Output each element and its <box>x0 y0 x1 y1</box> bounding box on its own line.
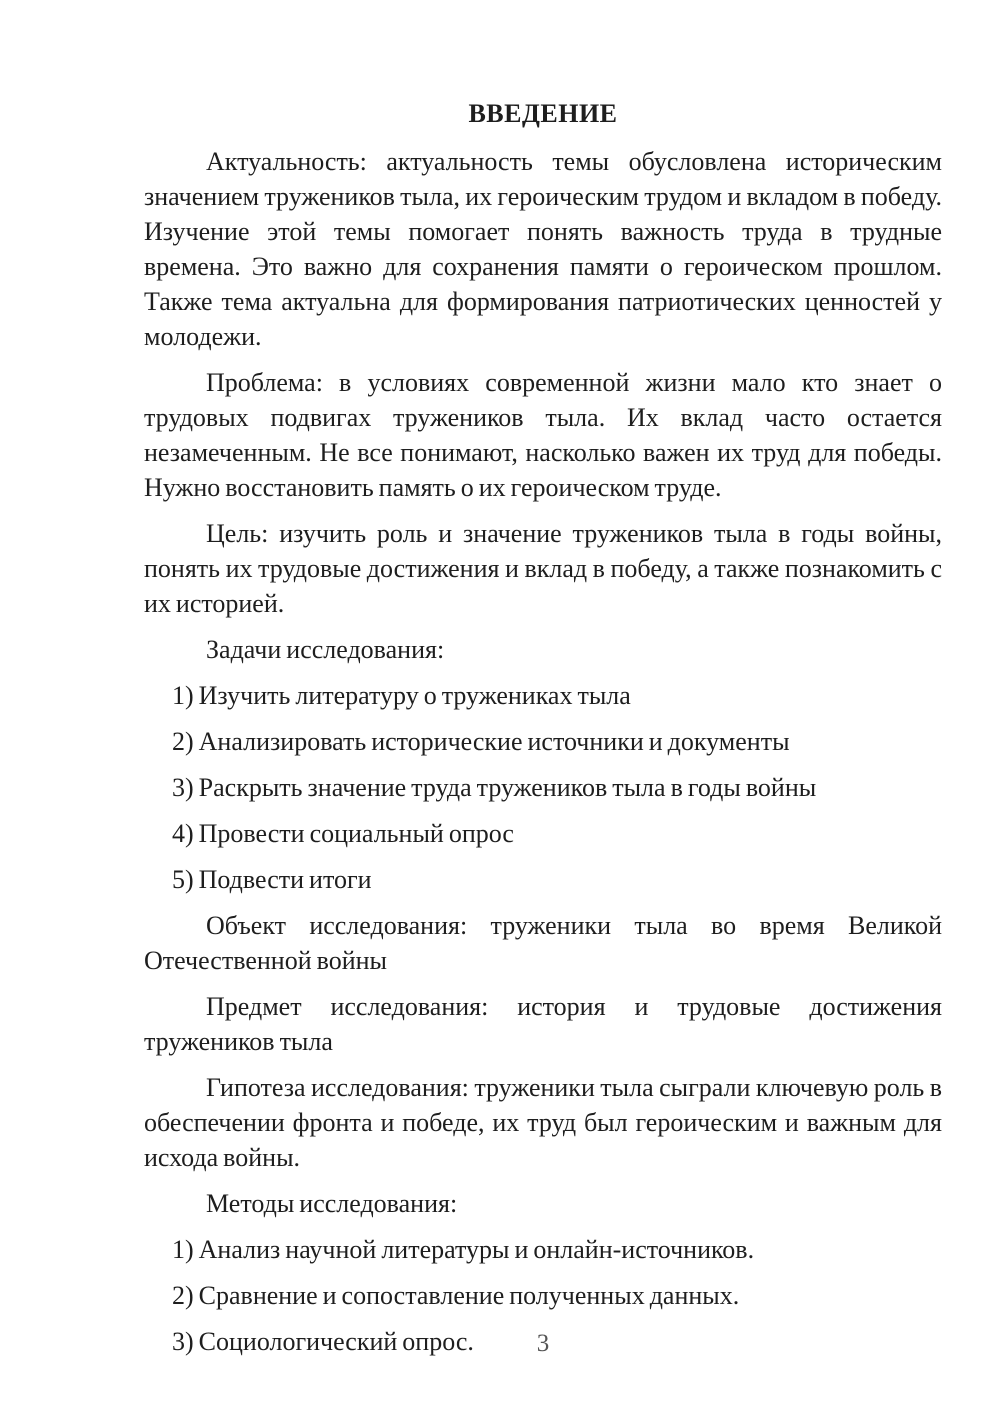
task-item-5: 5) Подвести итоги <box>144 862 942 897</box>
tasks-label: Задачи исследования: <box>144 632 942 667</box>
document-page: ВВЕДЕНИЕ Актуальность: актуальность темы… <box>0 0 1000 1414</box>
page-number: 3 <box>144 1329 942 1359</box>
methods-label: Методы исследования: <box>144 1186 942 1221</box>
task-item-2: 2) Анализировать исторические источники … <box>144 724 942 759</box>
method-item-1: 1) Анализ научной литературы и онлайн-ис… <box>144 1232 942 1267</box>
method-item-2: 2) Сравнение и сопоставление полученных … <box>144 1278 942 1313</box>
task-item-1: 1) Изучить литературу о тружениках тыла <box>144 678 942 713</box>
paragraph-object: Объект исследования: труженики тыла во в… <box>144 908 942 978</box>
paragraph-subject: Предмет исследования: история и трудовые… <box>144 989 942 1059</box>
paragraph-problem: Проблема: в условиях современной жизни м… <box>144 365 942 505</box>
paragraph-goal: Цель: изучить роль и значение тружеников… <box>144 516 942 621</box>
task-item-3: 3) Раскрыть значение труда тружеников ты… <box>144 770 942 805</box>
paragraph-relevance: Актуальность: актуальность темы обусловл… <box>144 144 942 354</box>
section-heading: ВВЕДЕНИЕ <box>144 96 942 131</box>
paragraph-hypothesis: Гипотеза исследования: труженики тыла сы… <box>144 1070 942 1175</box>
document-content: ВВЕДЕНИЕ Актуальность: актуальность темы… <box>144 96 942 1370</box>
task-item-4: 4) Провести социальный опрос <box>144 816 942 851</box>
